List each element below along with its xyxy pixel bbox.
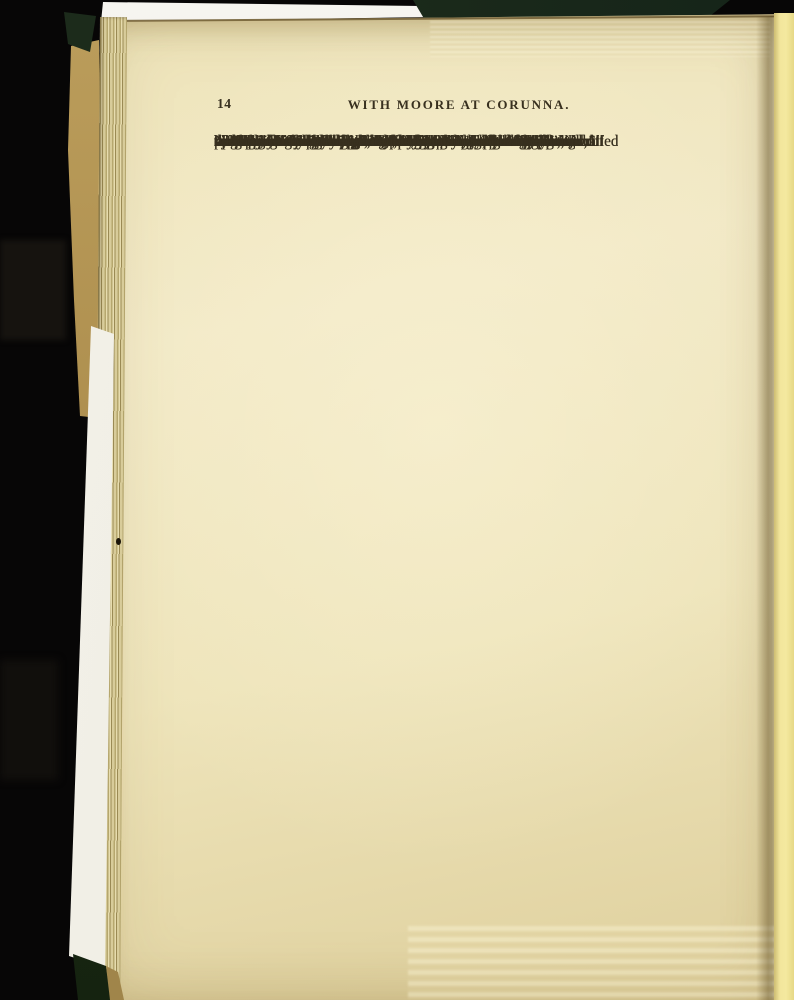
text-line: the worst of it is he respects no one. I… — [214, 131, 563, 152]
running-title: WITH MOORE AT CORUNNA. — [214, 97, 704, 113]
backdrop-shadow — [0, 240, 66, 340]
running-header: 14 WITH MOORE AT CORUNNA. — [214, 96, 704, 114]
fore-edge-highlight — [774, 13, 794, 1000]
ink-speck — [116, 538, 121, 545]
page-content: 14 WITH MOORE AT CORUNNA. “ I don’t mind… — [214, 0, 704, 1000]
book-photo: 14 WITH MOORE AT CORUNNA. “ I don’t mind… — [0, 0, 794, 1000]
backdrop-shadow — [0, 660, 58, 780]
